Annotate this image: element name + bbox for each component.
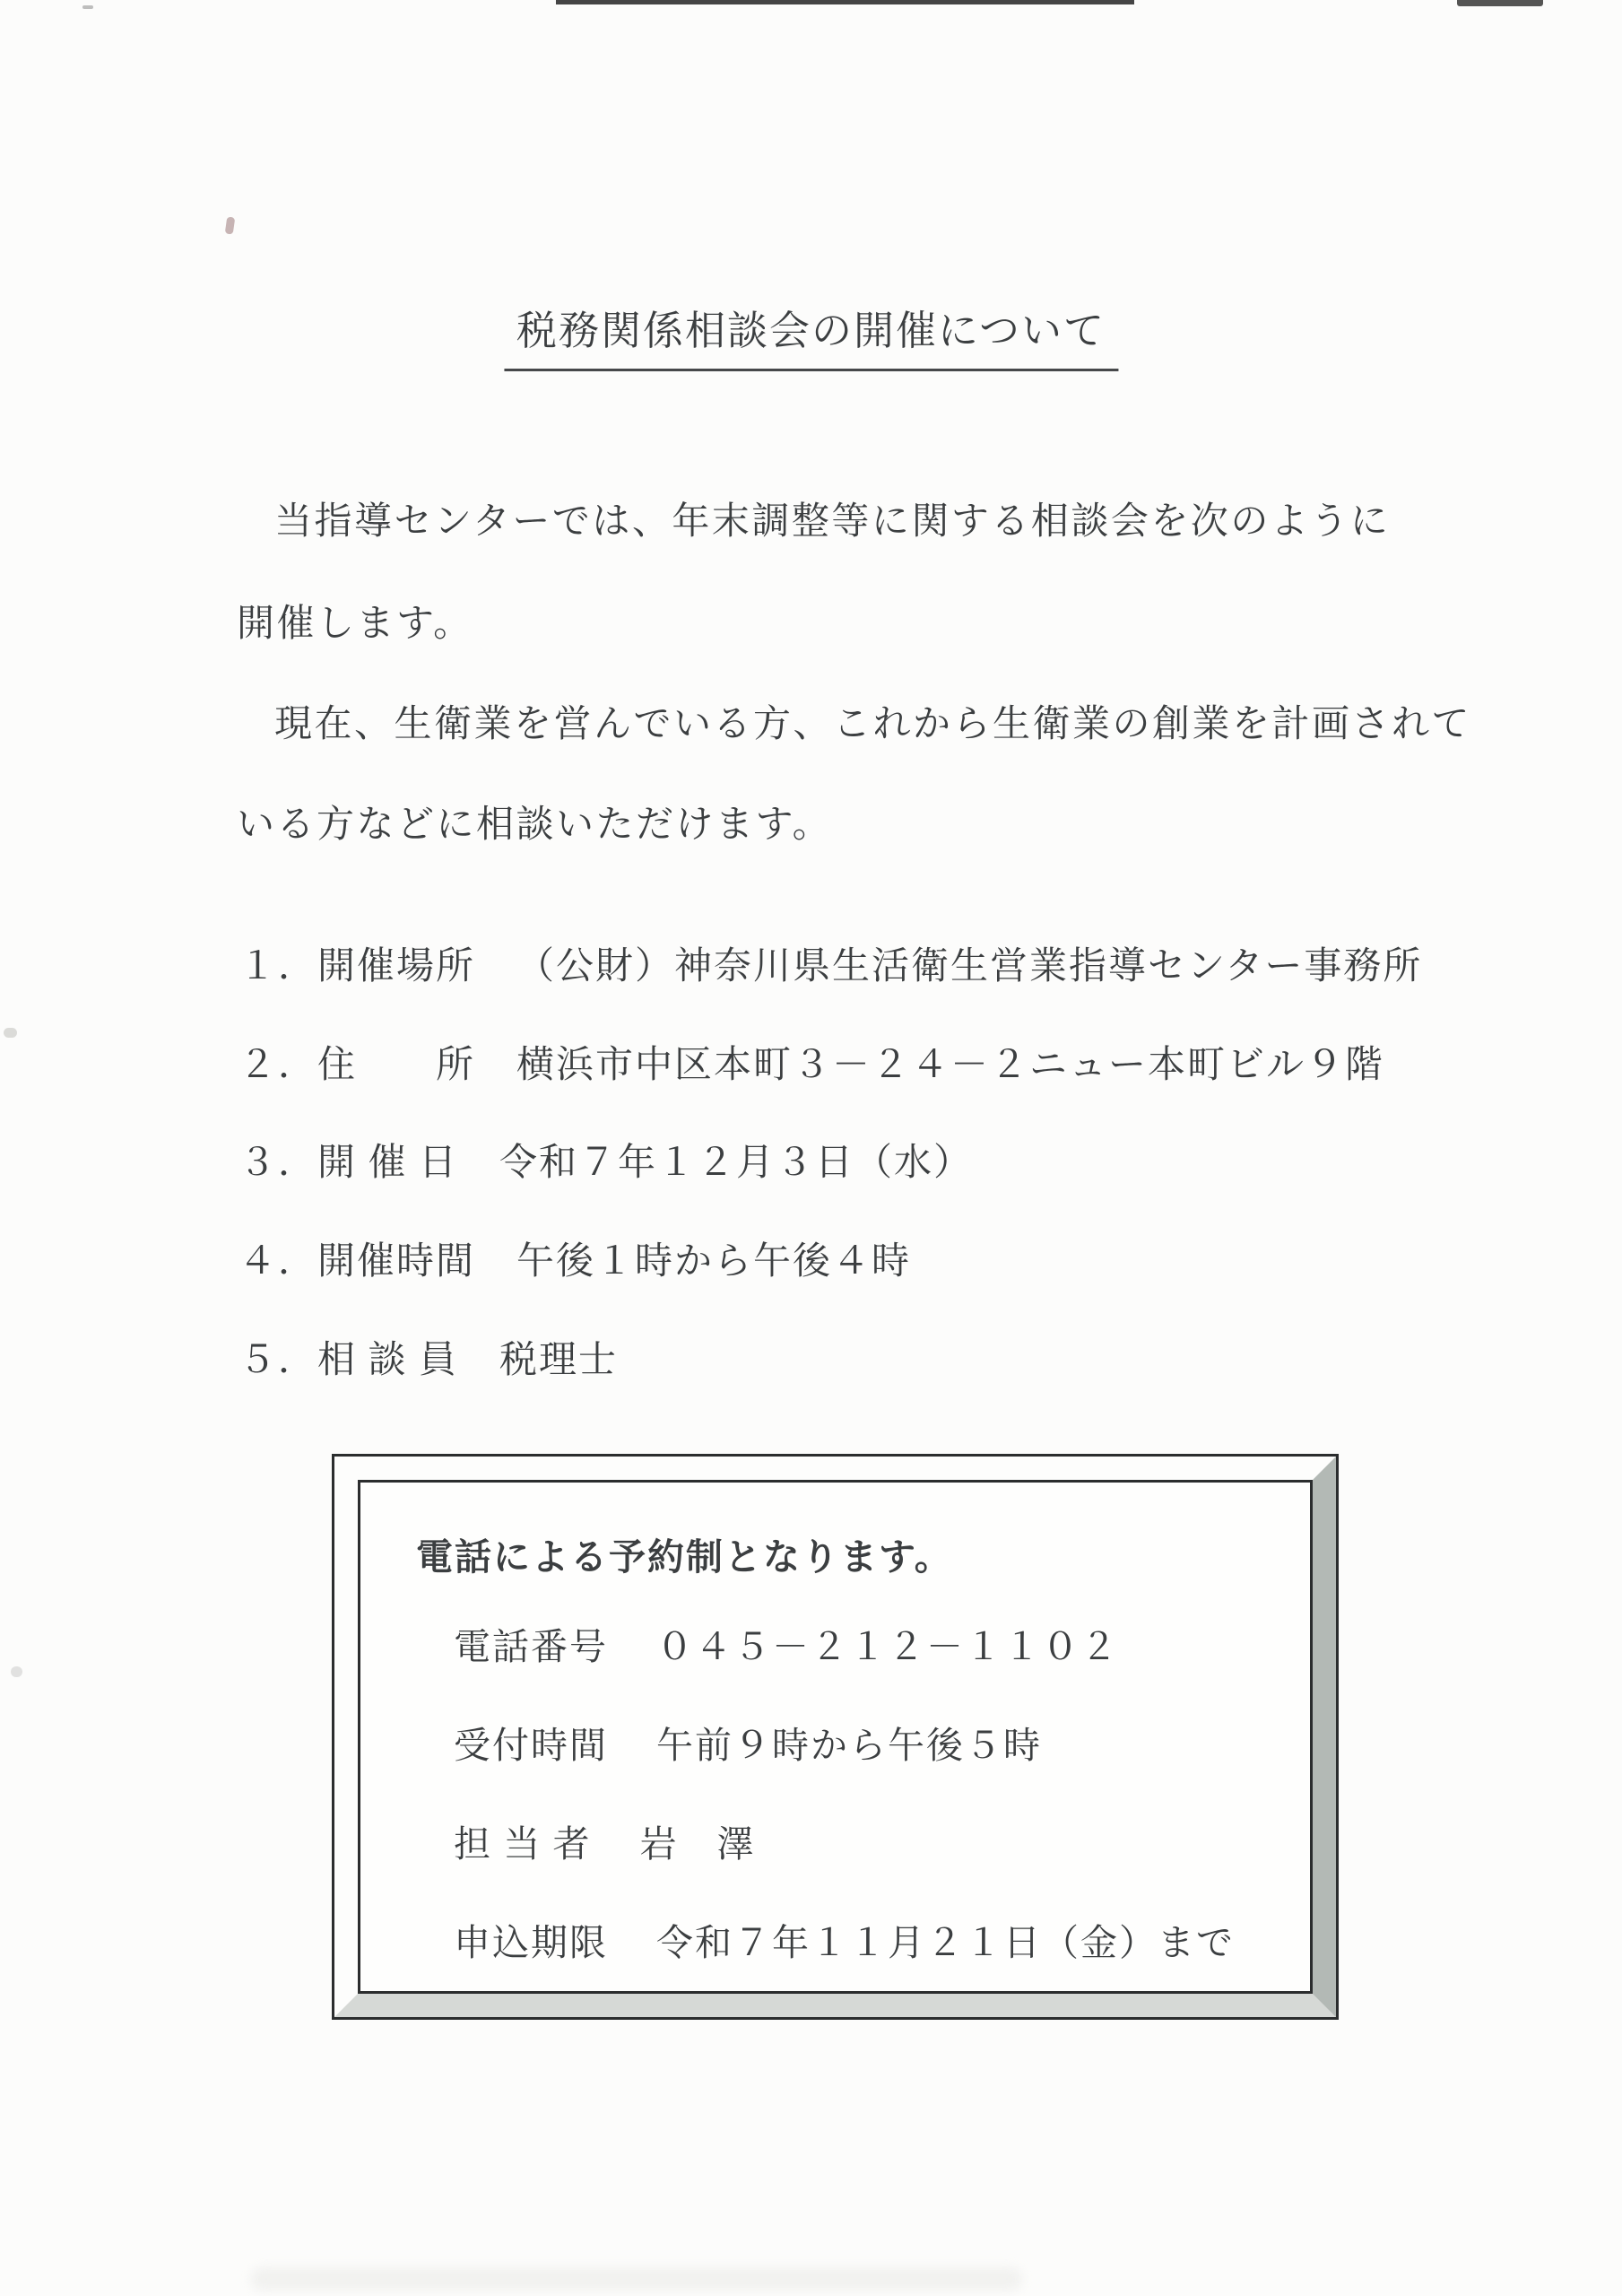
notice-row-hours: 受付時間午前９時から午後５時 [454,1725,1042,1767]
item-value: 午後１時から午後４時 [516,1240,911,1283]
item-number: ２． [239,1044,317,1087]
item-label: 住 所 [317,1044,475,1087]
intro-paragraph-1-line-1: 当指導センターでは、年末調整等に関する相談会を次のように [274,500,1390,544]
intro-paragraph-2-line-1: 現在、生衛業を営んでいる方、これから生衛業の創業を計画されて [274,703,1471,746]
notice-row-label: 申込期限 [454,1922,608,1964]
notice-row-deadline: 申込期限令和７年１１月２１日（金）まで [454,1922,1235,1964]
scanned-document-page: 税務関係相談会の開催について 当指導センターでは、年末調整等に関する相談会を次の… [0,0,1622,2296]
item-number: １． [239,945,317,988]
notice-row-value: 令和７年１１月２１日（金）まで [656,1922,1235,1964]
item-value: （公財）神奈川県生活衛生営業指導センター事務所 [516,945,1422,988]
list-item-address: ２．住 所横浜市中区本町３－２４－２ニュー本町ビル９階 [239,1044,1384,1087]
notice-row-value: ０４５－２１２－１１０２ [656,1626,1119,1668]
intro-paragraph-1-line-2: 開催します。 [237,603,473,646]
item-value: 税理士 [499,1339,618,1382]
notice-box-heading: 電話による予約制となります。 [416,1527,953,1580]
scan-artifact-bottom-smudge [251,2267,1022,2291]
page-title: 税務関係相談会の開催について [504,298,1118,371]
scan-artifact-top-bar [556,0,1134,4]
notice-row-phone: 電話番号０４５－２１２－１１０２ [454,1626,1119,1668]
notice-row-value: 岩 澤 [640,1823,756,1865]
item-label: 相 談 員 [317,1339,458,1382]
item-label: 開 催 日 [317,1142,458,1185]
scan-artifact-top-bar [1457,0,1543,6]
notice-row-value: 午前９時から午後５時 [656,1725,1042,1767]
item-value: 令和７年１２月３日（水） [499,1142,973,1185]
intro-paragraph-2-line-2: いる方などに相談いただけます。 [237,804,832,847]
list-item-venue: １．開催場所（公財）神奈川県生活衛生営業指導センター事務所 [239,945,1422,988]
item-label: 開催時間 [317,1240,475,1283]
item-number: ３． [239,1142,317,1185]
scan-artifact-edge-smudge [11,1666,22,1677]
scan-artifact-top-dot [82,5,93,9]
notice-row-contact-person: 担 当 者岩 澤 [454,1823,756,1865]
item-number: ４． [239,1240,317,1283]
notice-row-label: 担 当 者 [454,1823,592,1865]
item-label: 開催場所 [317,945,475,988]
reservation-notice-box: 電話による予約制となります。 電話番号０４５－２１２－１１０２ 受付時間午前９時… [332,1454,1339,2020]
item-number: ５． [239,1339,317,1382]
notice-row-label: 電話番号 [454,1626,608,1668]
list-item-date: ３．開 催 日令和７年１２月３日（水） [239,1142,973,1185]
item-value: 横浜市中区本町３－２４－２ニュー本町ビル９階 [516,1044,1384,1087]
scan-artifact-red-mark [225,216,236,234]
scan-artifact-edge-smudge [4,1028,17,1038]
notice-row-label: 受付時間 [454,1725,608,1767]
notice-box-inner: 電話による予約制となります。 電話番号０４５－２１２－１１０２ 受付時間午前９時… [358,1480,1313,1994]
list-item-time: ４．開催時間午後１時から午後４時 [239,1240,911,1283]
list-item-consultant: ５．相 談 員税理士 [239,1339,618,1382]
